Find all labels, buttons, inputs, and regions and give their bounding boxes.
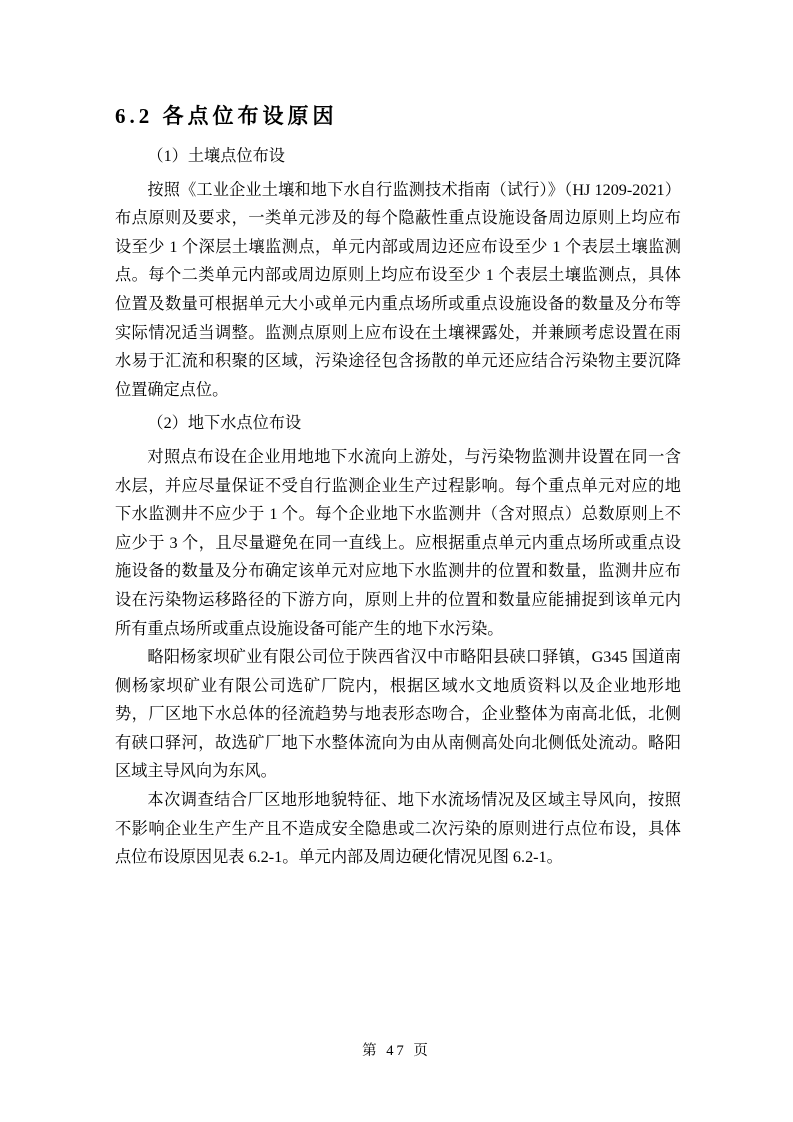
paragraph-groundwater-point-rules: 对照点布设在企业用地地下水流向上游处，与污染物监测井设置在同一含水层，并应尽量保… — [115, 443, 681, 643]
page-content: 6.2 各点位布设原因 （1）土壤点位布设 按照《工业企业土壤和地下水自行监测技… — [115, 100, 681, 872]
page-number: 第 47 页 — [0, 1039, 793, 1060]
document-page: 6.2 各点位布设原因 （1）土壤点位布设 按照《工业企业土壤和地下水自行监测技… — [0, 0, 793, 1122]
paragraph-site-hydrogeology-description: 略阳杨家坝矿业有限公司位于陕西省汉中市略阳县硖口驿镇，G345 国道南侧杨家坝矿… — [115, 643, 681, 786]
paragraph-soil-point-rules: 按照《工业企业土壤和地下水自行监测技术指南（试行）》（HJ 1209-2021）… — [115, 176, 681, 405]
subheading-soil-point-layout: （1）土壤点位布设 — [115, 142, 681, 171]
paragraph-survey-conclusion: 本次调查结合厂区地形地貌特征、地下水流场情况及区域主导风向，按照不影响企业生产生… — [115, 786, 681, 872]
subheading-groundwater-point-layout: （2）地下水点位布设 — [115, 409, 681, 438]
section-heading: 6.2 各点位布设原因 — [115, 100, 681, 132]
